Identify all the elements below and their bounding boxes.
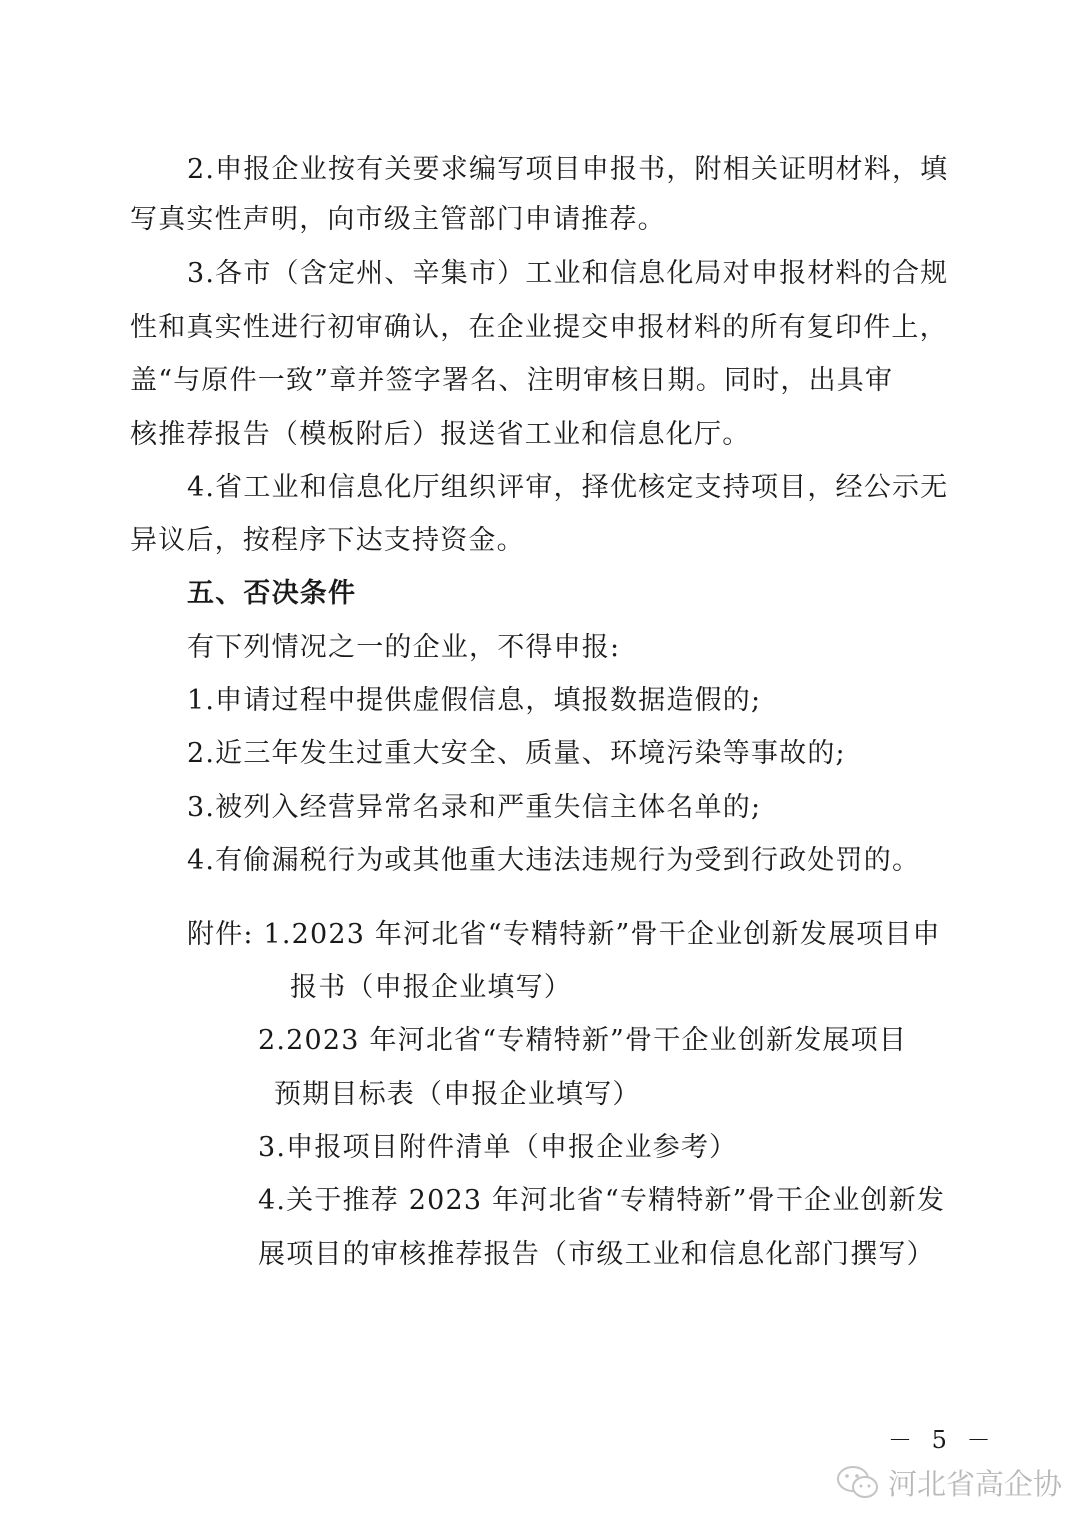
section-heading: 五、否决条件 — [187, 576, 356, 612]
attachment-line: 报书（申报企业填写） — [290, 970, 572, 1006]
attachment-line: 附件: 1.2023 年河北省“专精特新”骨干企业创新发展项目申 — [187, 917, 941, 953]
page-number: － 5 － — [888, 1420, 997, 1455]
condition-line: 1.申请过程中提供虚假信息，填报数据造假的; — [187, 683, 761, 719]
attachment-line: 4.关于推荐 2023 年河北省“专精特新”骨干企业创新发 — [258, 1183, 945, 1219]
condition-line: 2.近三年发生过重大安全、质量、环境污染等事故的; — [187, 736, 846, 772]
condition-line: 有下列情况之一的企业，不得申报: — [187, 630, 620, 666]
attachment-line: 3.申报项目附件清单（申报企业参考） — [258, 1130, 737, 1166]
attachment-line: 2.2023 年河北省“专精特新”骨干企业创新发展项目 — [258, 1023, 907, 1059]
wechat-icon — [836, 1465, 880, 1501]
paragraph-line: 4.省工业和信息化厅组织评审，择优核定支持项目，经公示无 — [187, 470, 948, 506]
attachment-line: 展项目的审核推荐报告（市级工业和信息化部门撰写） — [258, 1237, 935, 1273]
paragraph-line: 盖“与原件一致”章并签字署名、注明审核日期。同时，出具审 — [130, 363, 893, 399]
condition-line: 4.有偷漏税行为或其他重大违法违规行为受到行政处罚的。 — [187, 843, 920, 879]
condition-line: 3.被列入经营异常名录和严重失信主体名单的; — [187, 790, 761, 826]
paragraph-line: 2.申报企业按有关要求编写项目申报书，附相关证明材料，填 — [187, 152, 948, 188]
attachment-line: 预期目标表（申报企业填写） — [274, 1077, 641, 1113]
paragraph-line: 性和真实性进行初审确认，在企业提交申报材料的所有复印件上， — [130, 310, 948, 346]
paragraph-line: 3.各市（含定州、辛集市）工业和信息化局对申报材料的合规 — [187, 256, 948, 292]
paragraph-line: 写真实性声明，向市级主管部门申请推荐。 — [130, 202, 666, 238]
watermark-text: 河北省高企协 — [888, 1462, 1062, 1503]
paragraph-line: 核推荐报告（模板附后）报送省工业和信息化厅。 — [130, 417, 750, 453]
paragraph-line: 异议后，按程序下达支持资金。 — [130, 523, 525, 559]
watermark: 河北省高企协 — [836, 1462, 1062, 1503]
